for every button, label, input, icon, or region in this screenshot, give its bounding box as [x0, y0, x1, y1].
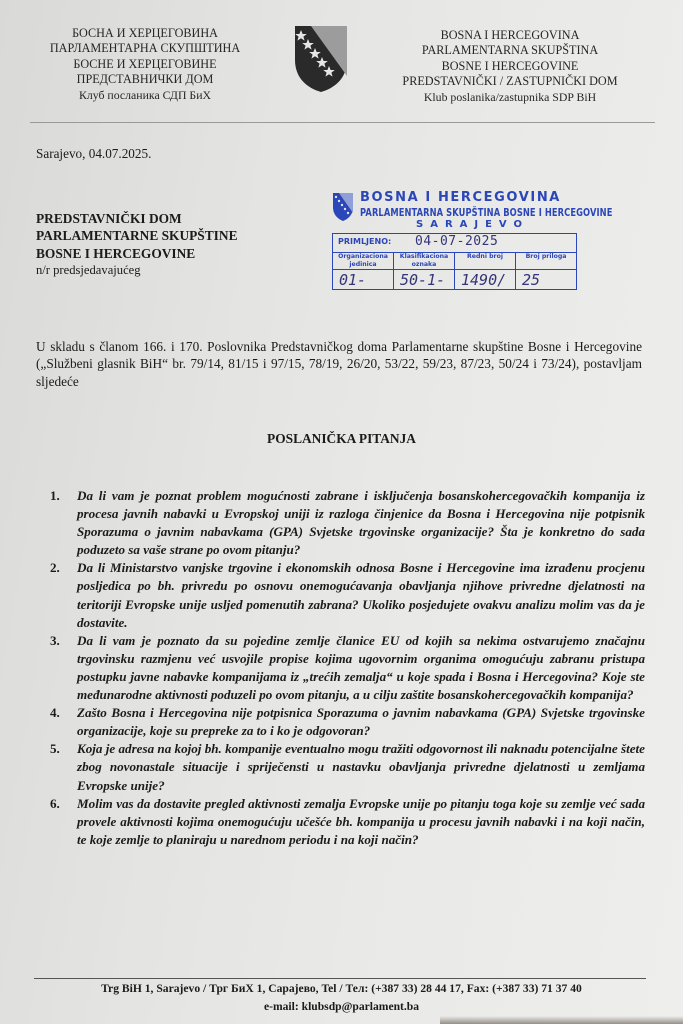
stamp-cell: Klasifikaciona oznaka 50-1- [394, 252, 455, 289]
question-item: 5. Koja je adresa na kojoj bh. kompanije… [50, 740, 645, 794]
letterhead-line: BOSNA I HERCEGOVINA [385, 28, 635, 43]
letterhead-latin: BOSNA I HERCEGOVINA PARLAMENTARNA SKUPŠT… [385, 28, 635, 105]
letterhead-line: PREDSTAVNIČKI / ZASTUPNIČKI DOM [385, 74, 635, 89]
recipient-attention: n/r predsjedavajućeg [36, 262, 238, 279]
stamp-cell: Redni broj 1490/ [455, 252, 516, 289]
received-stamp: BOSNA I HERCEGOVINA PARLAMENTARNA SKUPŠT… [332, 190, 582, 292]
question-number: 6. [50, 795, 77, 849]
coat-of-arms-bih-icon [293, 24, 349, 94]
recipient-line: PREDSTAVNIČKI DOM [36, 210, 238, 227]
stamp-line-3: SARAJEVO [416, 219, 529, 230]
letterhead-club: Клуб посланика СДП БиХ [20, 88, 270, 103]
question-item: 6. Molim vas da dostavite pregled aktivn… [50, 795, 645, 849]
question-text: Molim vas da dostavite pregled aktivnost… [77, 795, 645, 849]
stamp-cell-value: 50-1- [400, 271, 445, 289]
stamp-columns: Organizaciona jedinica 01- Klasifikacion… [333, 252, 576, 289]
question-number: 5. [50, 740, 77, 794]
stamp-line-2: PARLAMENTARNA SKUPŠTINA BOSNE I HERCEGOV… [360, 206, 612, 219]
stamp-box: PRIMLJENO: 04-07-2025 Organizaciona jedi… [332, 233, 577, 290]
question-text: Da li Ministarstvo vanjske trgovine i ek… [77, 559, 645, 631]
stamp-cell: Organizaciona jedinica 01- [333, 252, 394, 289]
letterhead-line: БОСНЕ И ХЕРЦЕГОВИНЕ [20, 57, 270, 72]
stamp-cell-value: 1490/ [461, 271, 506, 289]
question-number: 1. [50, 487, 77, 559]
question-item: 3. Da li vam je poznato da su pojedine z… [50, 632, 645, 704]
stamp-line-1: BOSNA I HERCEGOVINA [360, 190, 561, 205]
question-text: Zašto Bosna i Hercegovina nije potpisnic… [77, 704, 645, 740]
stamp-cell-label: Klasifikaciona oznaka [394, 253, 454, 268]
stamp-cell-label: Redni broj [455, 253, 515, 261]
stamp-cell-label: Organizaciona jedinica [333, 253, 393, 268]
letterhead-line: ПРЕДСТАВНИЧКИ ДОМ [20, 72, 270, 87]
questions-list: 1. Da li vam je poznat problem mogućnost… [50, 487, 645, 849]
letterhead-line: PARLAMENTARNA SKUPŠTINA [385, 43, 635, 58]
question-number: 4. [50, 704, 77, 740]
question-item: 2. Da li Ministarstvo vanjske trgovine i… [50, 559, 645, 631]
stamp-cell: Broj priloga 25 [516, 252, 576, 289]
document-title: POSLANIČKA PITANJA [0, 431, 683, 447]
intro-paragraph: U skladu s članom 166. i 170. Poslovnika… [36, 338, 642, 390]
stamp-cell-label: Broj priloga [516, 253, 576, 261]
question-item: 4. Zašto Bosna i Hercegovina nije potpis… [50, 704, 645, 740]
question-text: Koja je adresa na kojoj bh. kompanije ev… [77, 740, 645, 794]
letterhead-line: БОСНА И ХЕРЦЕГОВИНА [20, 26, 270, 41]
recipient-line: PARLAMENTARNE SKUPŠTINE [36, 227, 238, 244]
date-line: Sarajevo, 04.07.2025. [36, 146, 151, 162]
question-text: Da li vam je poznat problem mogućnosti z… [77, 487, 645, 559]
letterhead-line: ПАРЛАМЕНТАРНА СКУПШТИНА [20, 41, 270, 56]
question-text: Da li vam je poznato da su pojedine zeml… [77, 632, 645, 704]
stamp-cell-value: 25 [522, 271, 540, 289]
letterhead-club: Klub poslanika/zastupnika SDP BiH [385, 90, 635, 105]
letterhead-line: BOSNE I HERCEGOVINE [385, 59, 635, 74]
stamp-emblem-icon [332, 192, 354, 222]
stamp-received-label: PRIMLJENO: [338, 237, 391, 246]
question-number: 3. [50, 632, 77, 704]
footer-email: e-mail: klubsdp@parlament.ba [0, 1000, 683, 1013]
question-item: 1. Da li vam je poznat problem mogućnost… [50, 487, 645, 559]
header-divider [30, 122, 655, 123]
stamp-received-date: 04-07-2025 [415, 234, 498, 249]
page-edge-shadow [440, 1016, 683, 1024]
letterhead-cyrillic: БОСНА И ХЕРЦЕГОВИНА ПАРЛАМЕНТАРНА СКУПШТ… [20, 26, 270, 103]
stamp-received-row: PRIMLJENO: 04-07-2025 [333, 234, 576, 253]
recipient-line: BOSNE I HERCEGOVINE [36, 245, 238, 262]
question-number: 2. [50, 559, 77, 631]
footer-address: Trg BiH 1, Sarajevo / Трг БиХ 1, Сарајев… [0, 982, 683, 995]
footer-divider [34, 978, 646, 979]
stamp-cell-value: 01- [339, 271, 366, 289]
recipient-block: PREDSTAVNIČKI DOM PARLAMENTARNE SKUPŠTIN… [36, 210, 238, 279]
